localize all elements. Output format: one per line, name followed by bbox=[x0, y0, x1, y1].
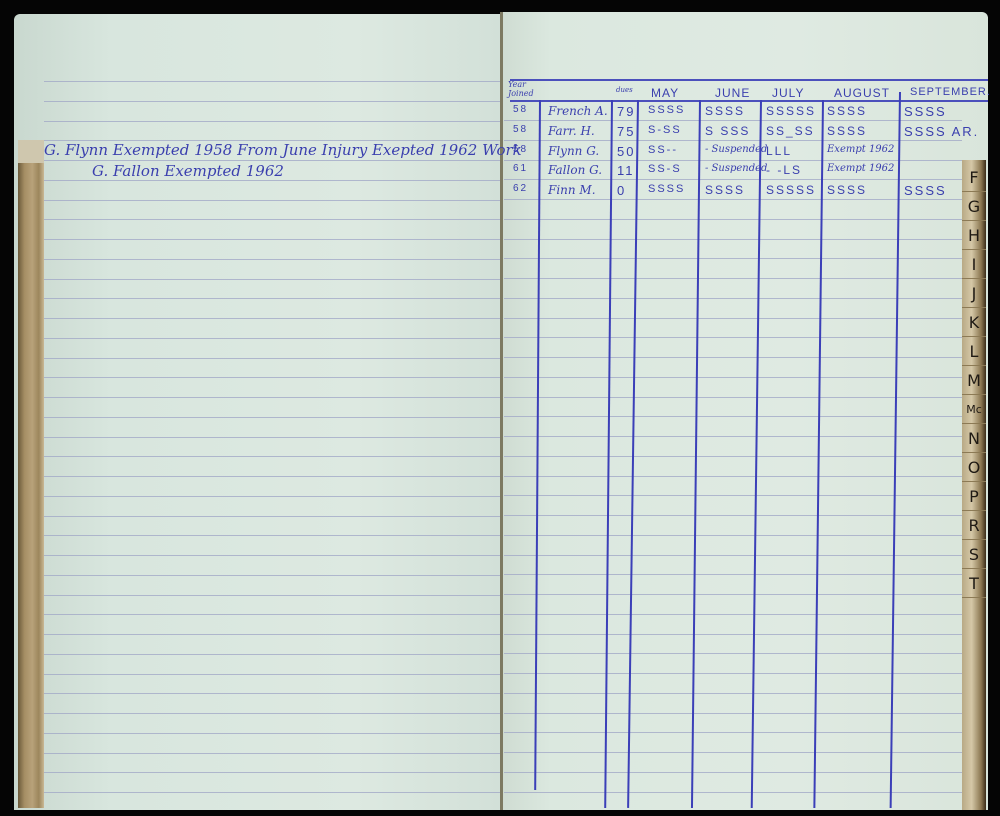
rule-line bbox=[504, 732, 962, 733]
rule-line bbox=[44, 674, 500, 675]
cell-august: Exempt 1962 bbox=[827, 144, 894, 155]
rule-line bbox=[44, 753, 500, 754]
cell-year: 62 bbox=[513, 183, 528, 194]
header-september: SEPTEMBER. bbox=[910, 86, 991, 98]
rule-line bbox=[44, 456, 500, 457]
rule-line bbox=[44, 200, 500, 201]
rule-line bbox=[44, 772, 500, 773]
cell-july: LLL bbox=[766, 144, 792, 158]
rule-line bbox=[44, 733, 500, 734]
cell-may: SSSS bbox=[648, 183, 685, 195]
rule-line bbox=[504, 416, 962, 417]
rule-line bbox=[44, 121, 500, 122]
rule-line bbox=[44, 555, 500, 556]
cell-year: 58 bbox=[513, 104, 528, 115]
cell-name: Flynn G. bbox=[548, 144, 599, 158]
index-tab[interactable]: K bbox=[962, 309, 986, 337]
index-tab[interactable]: S bbox=[962, 541, 986, 569]
cell-june: SSSS bbox=[705, 104, 745, 118]
cell-june: S SSS bbox=[705, 124, 750, 138]
cell-year: 58 bbox=[513, 144, 528, 155]
header-july: JULY bbox=[772, 86, 804, 100]
header-top-rule bbox=[510, 79, 988, 81]
rule-line bbox=[504, 219, 962, 220]
rule-line bbox=[504, 357, 962, 358]
rule-line bbox=[44, 496, 500, 497]
rule-line bbox=[44, 654, 500, 655]
rule-line bbox=[504, 278, 962, 279]
header-may: MAY bbox=[651, 86, 679, 100]
cell-dues: 0 bbox=[617, 183, 626, 198]
cell-dues: 79 bbox=[617, 104, 635, 119]
rule-line bbox=[44, 397, 500, 398]
cell-name: Finn M. bbox=[548, 183, 596, 197]
rule-line bbox=[504, 397, 962, 398]
rule-line bbox=[44, 476, 500, 477]
left-page bbox=[14, 14, 502, 810]
rule-line bbox=[504, 120, 962, 121]
header-year-joined: Year Joined bbox=[508, 80, 542, 98]
rule-line bbox=[44, 535, 500, 536]
rule-line bbox=[44, 259, 500, 260]
rule-line bbox=[504, 792, 962, 793]
rule-line bbox=[44, 338, 500, 339]
index-tab[interactable]: H bbox=[962, 222, 986, 250]
page-gutter bbox=[500, 12, 503, 810]
note-flynn: G. Flynn Exempted 1958 From June Injury … bbox=[44, 141, 522, 159]
note-fallon: G. Fallon Exempted 1962 bbox=[92, 162, 284, 180]
rule-line bbox=[44, 516, 500, 517]
index-tab[interactable]: Mc bbox=[962, 396, 986, 424]
cell-august: SSSS bbox=[827, 104, 867, 118]
header-august: AUGUST bbox=[834, 86, 890, 100]
index-tab[interactable]: J bbox=[962, 280, 986, 308]
rule-line bbox=[504, 140, 962, 141]
index-tab[interactable]: G bbox=[962, 193, 986, 221]
cell-year: 58 bbox=[513, 124, 528, 135]
rule-line bbox=[44, 279, 500, 280]
cell-august: SSSS bbox=[827, 183, 867, 197]
cell-name: Farr. H. bbox=[548, 124, 595, 138]
cell-name: French A. bbox=[548, 104, 608, 118]
rule-line bbox=[504, 377, 962, 378]
rule-line bbox=[504, 160, 962, 161]
cell-dues: 75 bbox=[617, 124, 635, 139]
rule-line bbox=[44, 318, 500, 319]
rule-line bbox=[44, 219, 500, 220]
rule-line bbox=[44, 792, 500, 793]
rule-line bbox=[44, 417, 500, 418]
cell-september: SSSS bbox=[904, 183, 947, 198]
cell-june: - Suspended bbox=[705, 144, 767, 155]
rule-line bbox=[44, 160, 500, 161]
index-tab[interactable]: T bbox=[962, 570, 986, 598]
rule-line bbox=[504, 337, 962, 338]
rule-line bbox=[44, 595, 500, 596]
cell-july: - -LS bbox=[766, 163, 802, 177]
cell-may: SS-- bbox=[648, 144, 678, 156]
cell-may: SSSS bbox=[648, 104, 685, 116]
header-june: JUNE bbox=[715, 86, 750, 100]
rule-line bbox=[44, 358, 500, 359]
rule-line bbox=[504, 436, 962, 437]
index-tab[interactable]: I bbox=[962, 251, 986, 279]
index-tab[interactable]: M bbox=[962, 367, 986, 395]
index-tab[interactable]: R bbox=[962, 512, 986, 540]
index-tab[interactable]: P bbox=[962, 483, 986, 511]
rule-line bbox=[44, 437, 500, 438]
rule-line bbox=[44, 575, 500, 576]
rule-line bbox=[44, 81, 500, 82]
binding-strip bbox=[18, 163, 44, 808]
rule-line bbox=[504, 752, 962, 753]
rule-line bbox=[44, 298, 500, 299]
index-tab[interactable]: N bbox=[962, 425, 986, 453]
rule-line bbox=[44, 634, 500, 635]
rule-line bbox=[504, 258, 962, 259]
index-tab[interactable]: L bbox=[962, 338, 986, 366]
rule-line bbox=[504, 693, 962, 694]
cell-dues: 11 bbox=[617, 163, 635, 178]
rule-line bbox=[504, 772, 962, 773]
header-dues: dues bbox=[616, 86, 633, 94]
cell-year: 61 bbox=[513, 163, 528, 174]
cell-july: SS_SS bbox=[766, 124, 815, 138]
rule-line bbox=[44, 180, 500, 181]
rule-line bbox=[504, 199, 962, 200]
cell-july: SSSSS bbox=[766, 183, 816, 197]
rule-line bbox=[44, 693, 500, 694]
cell-september: SSSS AR. bbox=[904, 124, 979, 139]
cell-july: SSSSS bbox=[766, 104, 816, 118]
rule-line bbox=[504, 318, 962, 319]
binding-strip-top bbox=[18, 140, 44, 164]
cell-may: SS-S bbox=[648, 163, 682, 175]
index-tab[interactable]: O bbox=[962, 454, 986, 482]
cell-june: SSSS bbox=[705, 183, 745, 197]
cell-august: Exempt 1962 bbox=[827, 163, 894, 174]
rule-line bbox=[504, 239, 962, 240]
cell-june: - Suspended bbox=[705, 163, 767, 174]
rule-line bbox=[44, 101, 500, 102]
rule-line bbox=[504, 298, 962, 299]
rule-line bbox=[504, 179, 962, 180]
header-bottom-rule bbox=[510, 100, 988, 102]
rule-line bbox=[504, 713, 962, 714]
rule-line bbox=[44, 713, 500, 714]
index-tab[interactable]: F bbox=[962, 164, 986, 192]
rule-line bbox=[44, 239, 500, 240]
cell-name: Fallon G. bbox=[548, 163, 602, 177]
cell-august: SSSS bbox=[827, 124, 867, 138]
rule-line bbox=[44, 377, 500, 378]
cell-dues: 50 bbox=[617, 144, 635, 159]
rule-line bbox=[44, 614, 500, 615]
cell-september: SSSS bbox=[904, 104, 947, 119]
cell-may: S-SS bbox=[648, 124, 682, 136]
